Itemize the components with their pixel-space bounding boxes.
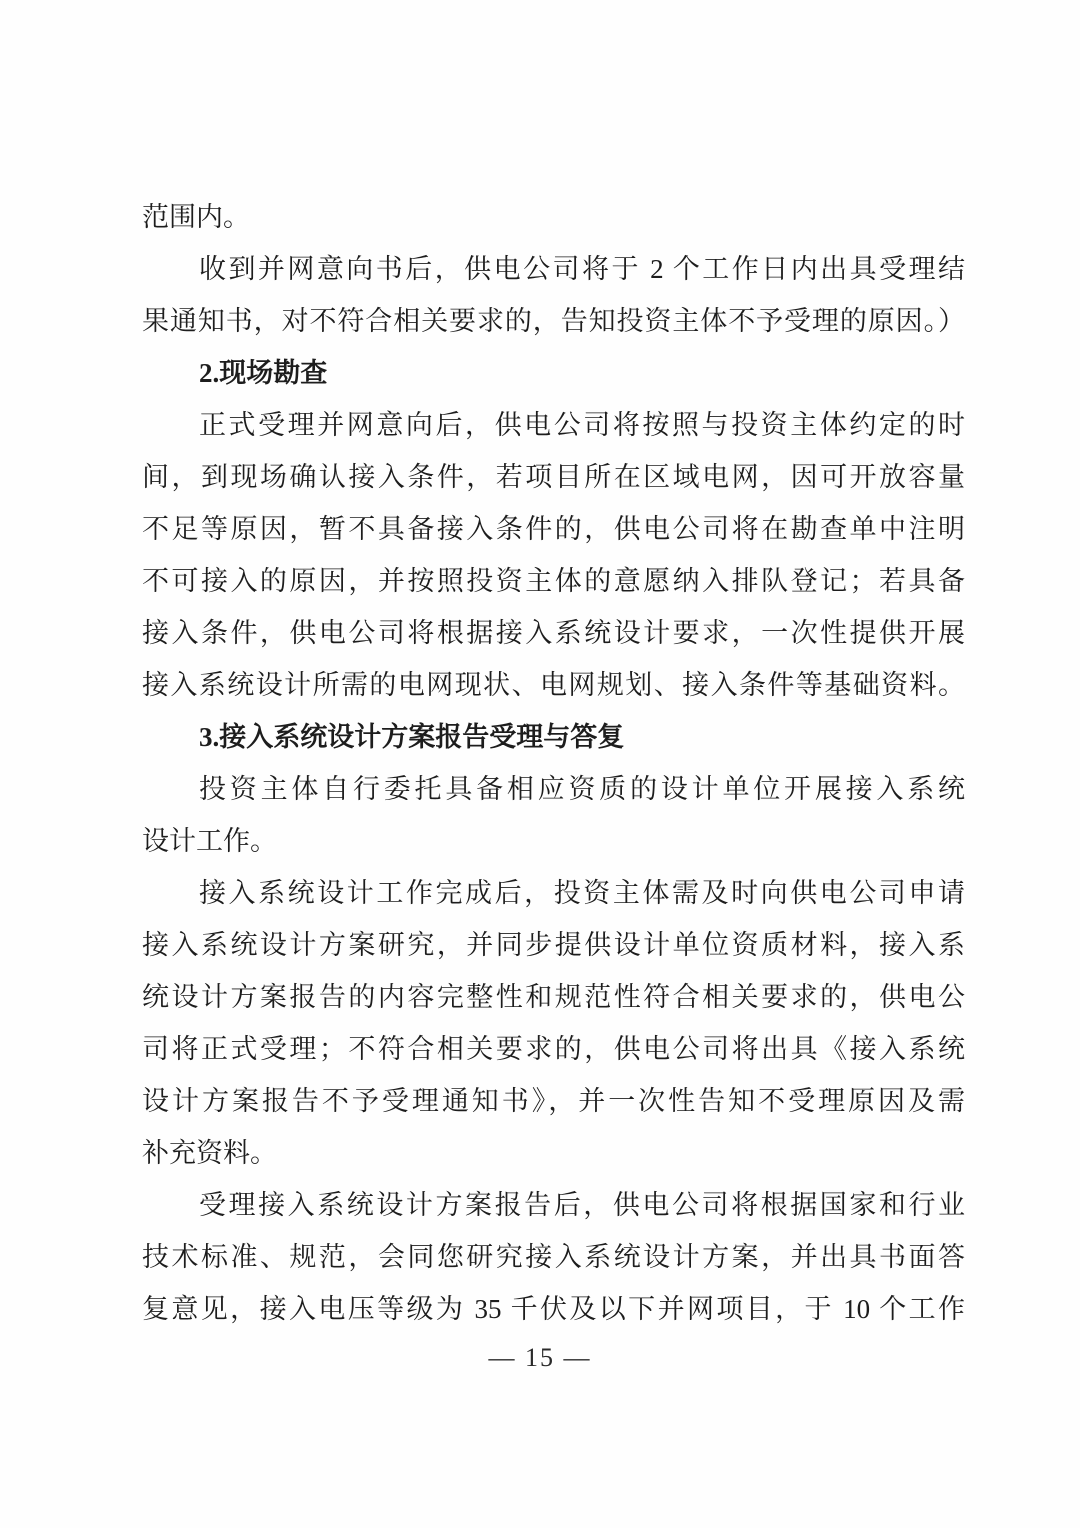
text-line: 设计工作。	[142, 815, 965, 867]
text-line: 技术标准、规范，会同您研究接入系统设计方案，并出具书面答	[142, 1231, 965, 1283]
text-line: 复意见，接入电压等级为 35 千伏及以下并网项目，于 10 个工作	[142, 1283, 965, 1335]
text-line: 范围内。	[142, 191, 965, 243]
text-line: 统设计方案报告的内容完整性和规范性符合相关要求的，供电公	[142, 971, 965, 1023]
text-line: 设计方案报告不予受理通知书》，并一次性告知不受理原因及需	[142, 1075, 965, 1127]
section-heading-3: 3.接入系统设计方案报告受理与答复	[142, 711, 965, 763]
text-line: 果通知书，对不符合相关要求的，告知投资主体不予受理的原因。）	[142, 295, 965, 347]
text-line: 受理接入系统设计方案报告后，供电公司将根据国家和行业	[142, 1179, 965, 1231]
text-line: 接入系统设计工作完成后，投资主体需及时向供电公司申请	[142, 867, 965, 919]
text-line: 不可接入的原因，并按照投资主体的意愿纳入排队登记；若具备	[142, 555, 965, 607]
text-line: 收到并网意向书后，供电公司将于 2 个工作日内出具受理结	[142, 243, 965, 295]
text-line: 接入条件，供电公司将根据接入系统设计要求，一次性提供开展	[142, 607, 965, 659]
text-line: 投资主体自行委托具备相应资质的设计单位开展接入系统	[142, 763, 965, 815]
text-line: 间，到现场确认接入条件，若项目所在区域电网，因可开放容量	[142, 451, 965, 503]
document-page: 范围内。 收到并网意向书后，供电公司将于 2 个工作日内出具受理结 果通知书，对…	[0, 0, 1080, 1528]
text-line: 不足等原因，暂不具备接入条件的，供电公司将在勘查单中注明	[142, 503, 965, 555]
section-heading-2: 2.现场勘查	[142, 347, 965, 399]
page-number-footer: — 15 —	[0, 1338, 1080, 1378]
text-line: 补充资料。	[142, 1127, 965, 1179]
text-line: 司将正式受理；不符合相关要求的，供电公司将出具《接入系统	[142, 1023, 965, 1075]
text-line: 接入系统设计所需的电网现状、电网规划、接入条件等基础资料。	[142, 659, 965, 711]
text-line: 接入系统设计方案研究，并同步提供设计单位资质材料，接入系	[142, 919, 965, 971]
text-line: 正式受理并网意向后，供电公司将按照与投资主体约定的时	[142, 399, 965, 451]
document-text-block: 范围内。 收到并网意向书后，供电公司将于 2 个工作日内出具受理结 果通知书，对…	[142, 191, 965, 1335]
